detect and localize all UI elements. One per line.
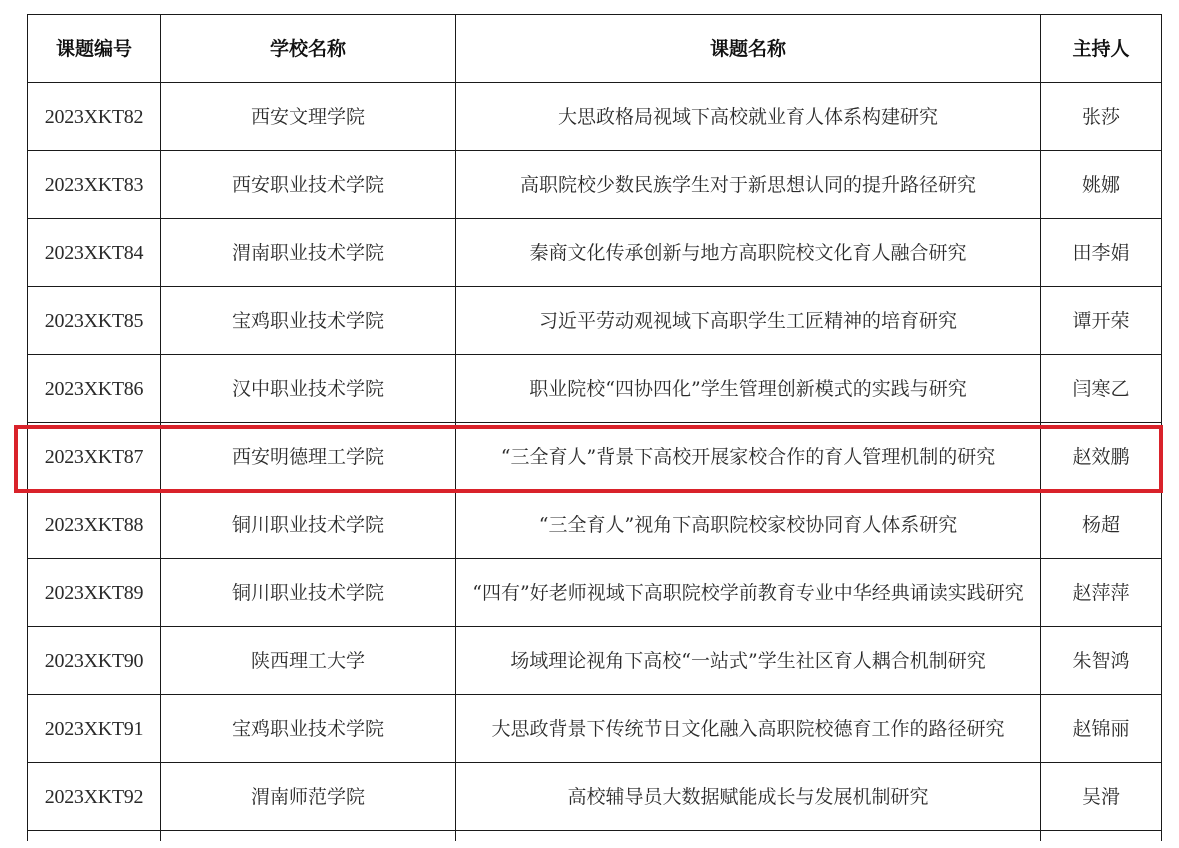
project-title-cell: 场域理论视角下高校“一站式”学生社区育人耦合机制研究 <box>456 627 1041 695</box>
school-name-cell: 宝鸡职业技术学院 <box>161 695 456 763</box>
table-row-cutoff <box>28 831 1162 841</box>
project-code-cell: 2023XKT91 <box>28 695 161 763</box>
table-row: 2023XKT88 铜川职业技术学院 “三全育人”视角下高职院校家校协同育人体系… <box>28 491 1162 559</box>
table-row: 2023XKT92 渭南师范学院 高校辅导员大数据赋能成长与发展机制研究 吴滑 <box>28 763 1162 831</box>
host-cell: 闫寒乙 <box>1041 355 1162 423</box>
table-row: 2023XKT82 西安文理学院 大思政格局视域下高校就业育人体系构建研究 张莎 <box>28 83 1162 151</box>
project-code-cell: 2023XKT92 <box>28 763 161 831</box>
project-code-cell: 2023XKT87 <box>28 423 161 491</box>
host-cell: 姚娜 <box>1041 151 1162 219</box>
project-title-cell: “四有”好老师视域下高职院校学前教育专业中华经典诵读实践研究 <box>456 559 1041 627</box>
host-cell: 赵锦丽 <box>1041 695 1162 763</box>
project-title-cell: 高校辅导员大数据赋能成长与发展机制研究 <box>456 763 1041 831</box>
project-title-cell: 秦商文化传承创新与地方高职院校文化育人融合研究 <box>456 219 1041 287</box>
project-title-cell: “三全育人”视角下高职院校家校协同育人体系研究 <box>456 491 1041 559</box>
table-row: 2023XKT85 宝鸡职业技术学院 习近平劳动观视域下高职学生工匠精神的培育研… <box>28 287 1162 355</box>
table-row: 2023XKT86 汉中职业技术学院 职业院校“四协四化”学生管理创新模式的实践… <box>28 355 1162 423</box>
project-title-cell: 大思政格局视域下高校就业育人体系构建研究 <box>456 83 1041 151</box>
host-cell: 赵萍萍 <box>1041 559 1162 627</box>
table-row: 2023XKT84 渭南职业技术学院 秦商文化传承创新与地方高职院校文化育人融合… <box>28 219 1162 287</box>
school-name-cell: 渭南师范学院 <box>161 763 456 831</box>
table-row-highlighted: 2023XKT87 西安明德理工学院 “三全育人”背景下高校开展家校合作的育人管… <box>28 423 1162 491</box>
empty-cell <box>456 831 1041 841</box>
header-project-title: 课题名称 <box>456 15 1041 83</box>
project-title-cell: 大思政背景下传统节日文化融入高职院校德育工作的路径研究 <box>456 695 1041 763</box>
header-project-code: 课题编号 <box>28 15 161 83</box>
project-list-table: 课题编号 学校名称 课题名称 主持人 2023XKT82 西安文理学院 大思政格… <box>27 14 1162 841</box>
project-title-cell: 高职院校少数民族学生对于新思想认同的提升路径研究 <box>456 151 1041 219</box>
school-name-cell: 西安文理学院 <box>161 83 456 151</box>
project-code-cell: 2023XKT85 <box>28 287 161 355</box>
empty-cell <box>161 831 456 841</box>
empty-cell <box>1041 831 1162 841</box>
school-name-cell: 西安明德理工学院 <box>161 423 456 491</box>
project-code-cell: 2023XKT90 <box>28 627 161 695</box>
school-name-cell: 陕西理工大学 <box>161 627 456 695</box>
table-row: 2023XKT89 铜川职业技术学院 “四有”好老师视域下高职院校学前教育专业中… <box>28 559 1162 627</box>
empty-cell <box>28 831 161 841</box>
table-row: 2023XKT90 陕西理工大学 场域理论视角下高校“一站式”学生社区育人耦合机… <box>28 627 1162 695</box>
project-code-cell: 2023XKT83 <box>28 151 161 219</box>
header-school-name: 学校名称 <box>161 15 456 83</box>
school-name-cell: 西安职业技术学院 <box>161 151 456 219</box>
host-cell: 吴滑 <box>1041 763 1162 831</box>
table-header-row: 课题编号 学校名称 课题名称 主持人 <box>28 15 1162 83</box>
host-cell: 田李娟 <box>1041 219 1162 287</box>
school-name-cell: 铜川职业技术学院 <box>161 559 456 627</box>
host-cell: 朱智鸿 <box>1041 627 1162 695</box>
school-name-cell: 铜川职业技术学院 <box>161 491 456 559</box>
project-code-cell: 2023XKT88 <box>28 491 161 559</box>
project-title-cell: “三全育人”背景下高校开展家校合作的育人管理机制的研究 <box>456 423 1041 491</box>
host-cell: 赵效鹏 <box>1041 423 1162 491</box>
project-title-cell: 职业院校“四协四化”学生管理创新模式的实践与研究 <box>456 355 1041 423</box>
project-code-cell: 2023XKT82 <box>28 83 161 151</box>
project-title-cell: 习近平劳动观视域下高职学生工匠精神的培育研究 <box>456 287 1041 355</box>
school-name-cell: 汉中职业技术学院 <box>161 355 456 423</box>
table-row: 2023XKT91 宝鸡职业技术学院 大思政背景下传统节日文化融入高职院校德育工… <box>28 695 1162 763</box>
project-code-cell: 2023XKT84 <box>28 219 161 287</box>
host-cell: 谭开荣 <box>1041 287 1162 355</box>
header-host: 主持人 <box>1041 15 1162 83</box>
host-cell: 杨超 <box>1041 491 1162 559</box>
project-code-cell: 2023XKT86 <box>28 355 161 423</box>
school-name-cell: 渭南职业技术学院 <box>161 219 456 287</box>
project-code-cell: 2023XKT89 <box>28 559 161 627</box>
host-cell: 张莎 <box>1041 83 1162 151</box>
table-row: 2023XKT83 西安职业技术学院 高职院校少数民族学生对于新思想认同的提升路… <box>28 151 1162 219</box>
school-name-cell: 宝鸡职业技术学院 <box>161 287 456 355</box>
